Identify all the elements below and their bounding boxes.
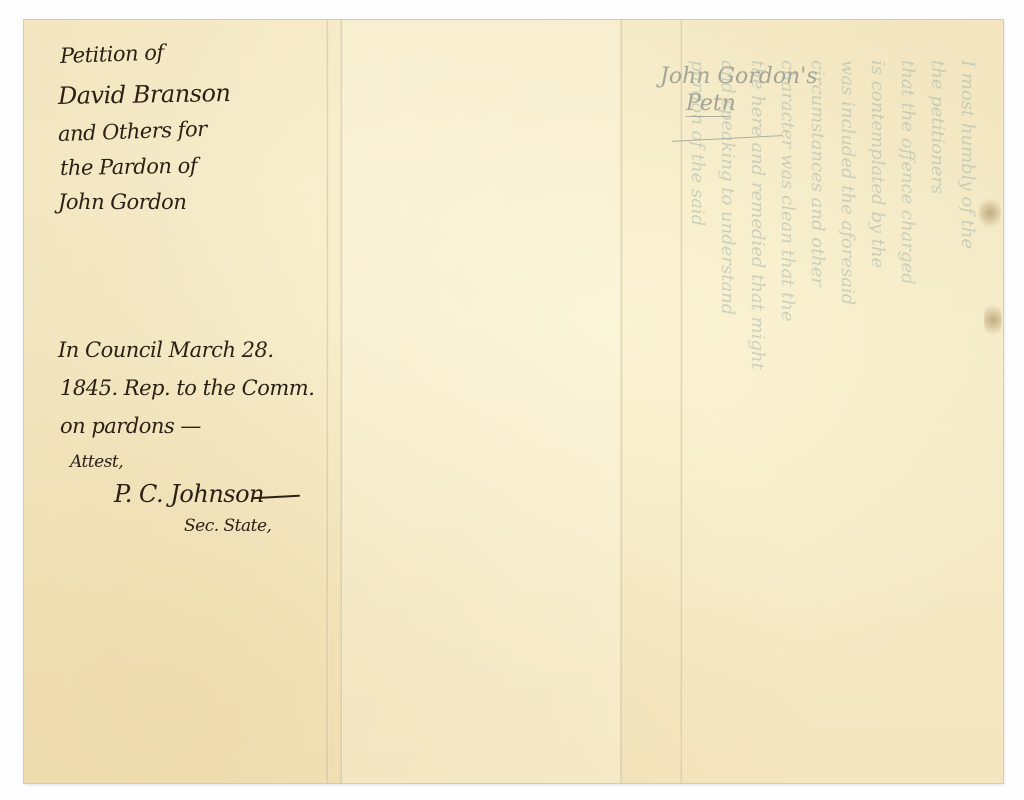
title-line: David Branson	[58, 79, 231, 110]
bleed-line: the here and remedied that might	[754, 60, 768, 370]
title-line: John Gordon	[58, 190, 186, 214]
council-line: In Council March 28.	[58, 338, 274, 362]
signature-title: Sec. State,	[184, 516, 271, 536]
bleed-line: I most humbly of the	[964, 60, 978, 249]
bleed-line: pardon of the said	[694, 60, 708, 226]
fold-line	[326, 20, 329, 783]
council-line: 1845. Rep. to the Comm.	[60, 376, 314, 400]
document-page: Petition of David Branson and Others for…	[24, 20, 1003, 783]
bleed-line: is contemplated by the	[874, 60, 888, 268]
title-line: Petition of	[60, 40, 164, 68]
bleed-through-text: I most humbly of the the petitioners tha…	[664, 60, 994, 660]
council-line: on pardons —	[60, 414, 201, 438]
council-line: Attest,	[70, 452, 123, 472]
bleed-line: circumstances and other	[814, 60, 828, 286]
bleed-line: was included the aforesaid	[844, 60, 858, 305]
bleed-line: that the offence charged	[904, 60, 918, 285]
stain-mark	[979, 195, 1001, 231]
fold-line	[620, 20, 623, 783]
stain-mark	[984, 300, 1002, 340]
title-line: the Pardon of	[60, 154, 197, 180]
bleed-line: the petitioners	[934, 60, 948, 194]
bleed-line: and speaking to understand	[724, 60, 738, 315]
panel-shade	[342, 20, 620, 783]
signature: P. C. Johnson	[114, 480, 264, 508]
bleed-line: character was clean that the	[784, 60, 798, 322]
